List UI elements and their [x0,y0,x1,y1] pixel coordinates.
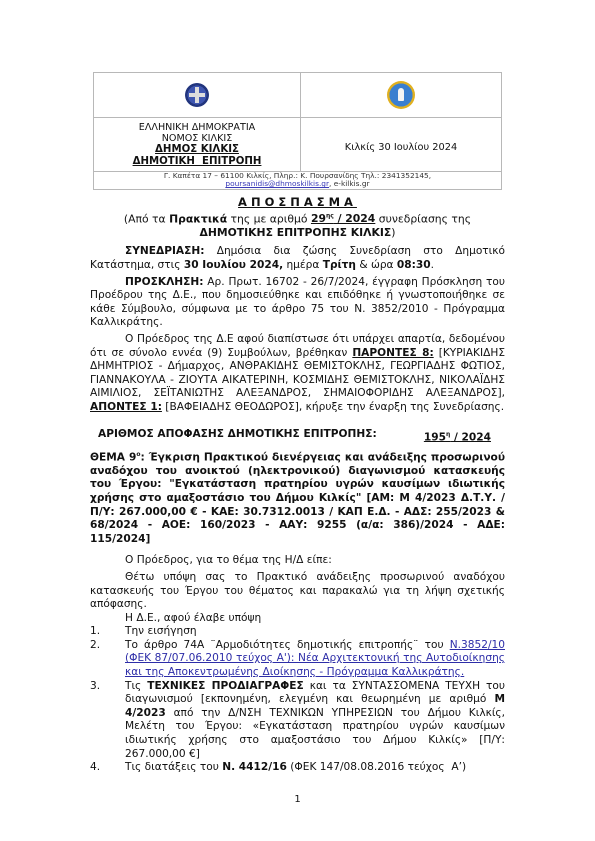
proposal-paragraph: Θέτω υπόψη σας το Πρακτικό ανάδειξης προ… [90,571,505,612]
contact-email-link[interactable]: poursanidis@dhmoskilkis.gr [225,179,329,188]
absent-label: ΑΠΟΝΤΕΣ 1: [90,401,162,413]
invitation-paragraph: ΠΡΟΣΚΛΗΣΗ: Αρ. Πρωτ. 16702 - 26/7/2024, … [90,276,505,330]
contact-website: , e-kilkis.gr [329,179,370,188]
document-title: ΑΠΟΣΠΑΣΜΑ [90,196,505,210]
decision-number: 195η / 2024 [424,428,491,445]
hellenic-republic-emblem-icon [185,83,209,107]
subject-paragraph: ΘΕΜΑ 9ο: Έγκριση Πρακτικού διενέργειας κ… [90,448,505,547]
present-label: ΠΑΡΟΝΤΕΣ 8: [352,347,433,359]
date-cell: Κιλκίς 30 Ιουλίου 2024 [301,118,502,172]
considering-line: Η Δ.Ε., αφού έλαβε υπόψη [90,612,505,626]
decision-label: ΑΡΙΘΜΟΣ ΑΠΟΦΑΣΗΣ ΔΗΜΟΤΙΚΗΣ ΕΠΙΤΡΟΠΗΣ: [98,428,377,445]
president-statement: Ο Πρόεδρος, για το θέμα της Η/Δ είπε: [90,554,505,568]
issuer-block: ΕΛΛΗΝΙΚΗ ΔΗΜΟΚΡΑΤΙΑ ΝΟΜΟΣ ΚΙΛΚΙΣ ΔΗΜΟΣ Κ… [94,118,301,172]
list-item: 2. Το άρθρο 74Α ¨Αρμοδιότητες δημοτικής … [90,639,505,680]
absent-members: [ΒΑΦΕΙΑΔΗΣ ΘΕΟΔΩΡΟΣ], κήρυξε την έναρξη … [162,401,504,413]
address-cell: Γ. Καπέτα 17 – 61100 Κιλκίς, Πληρ.: Κ. Π… [94,172,502,190]
list-item: 3. Τις ΤΕΧΝΙΚΕΣ ΠΡΟΔΙΑΓΡΑΦΕΣ και τα ΣΥΝΤ… [90,680,505,762]
country-name: ΕΛΛΗΝΙΚΗ ΔΗΜΟΚΡΑΤΙΑ [94,122,300,133]
letterhead-right-logo-cell [301,73,502,118]
prefecture-name: ΝΟΜΟΣ ΚΙΛΚΙΣ [94,133,300,144]
page-number: 1 [0,794,595,805]
list-item: 1.Την εισήγηση [90,625,505,639]
session-label: ΣΥΝΕΔΡΙΑΣΗ: [125,245,204,257]
list-item: 4. Τις διατάξεις του Ν. 4412/16 (ΦΕΚ 147… [90,761,505,775]
invitation-label: ΠΡΟΣΚΛΗΣΗ: [125,276,204,288]
municipality-name: ΔΗΜΟΣ ΚΙΛΚΙΣ [94,144,300,156]
decision-number-line: ΑΡΙΘΜΟΣ ΑΠΟΦΑΣΗΣ ΔΗΜΟΤΙΚΗΣ ΕΠΙΤΡΟΠΗΣ: 19… [90,428,505,445]
document-date: Κιλκίς 30 Ιουλίου 2024 [345,142,457,153]
document-subtitle-line2: ΔΗΜΟΤΙΚΗΣ ΕΠΙΤΡΟΠΗΣ ΚΙΛΚΙΣ) [90,226,505,240]
municipality-seal-icon [387,81,415,109]
document-page: ΕΛΛΗΝΙΚΗ ΔΗΜΟΚΡΑΤΙΑ ΝΟΜΟΣ ΚΙΛΚΙΣ ΔΗΜΟΣ Κ… [0,0,595,841]
committee-name: ΔΗΜΟΤΙΚΗ ΕΠΙΤΡΟΠΗ [94,156,300,168]
quorum-paragraph: Ο Πρόεδρος της Δ.Ε αφού διαπίστωσε ότι υ… [90,333,505,415]
document-body: ΑΠΟΣΠΑΣΜΑ (Από τα Πρακτικά της με αριθμό… [90,194,505,775]
letterhead-table: ΕΛΛΗΝΙΚΗ ΔΗΜΟΚΡΑΤΙΑ ΝΟΜΟΣ ΚΙΛΚΙΣ ΔΗΜΟΣ Κ… [93,72,502,190]
letterhead-left-logo-cell [94,73,301,118]
document-subtitle: (Από τα Πρακτικά της με αριθμό 29ης / 20… [90,210,505,226]
session-paragraph: ΣΥΝΕΔΡΙΑΣΗ: Δημόσια δια ζώσης Συνεδρίαση… [90,245,505,272]
